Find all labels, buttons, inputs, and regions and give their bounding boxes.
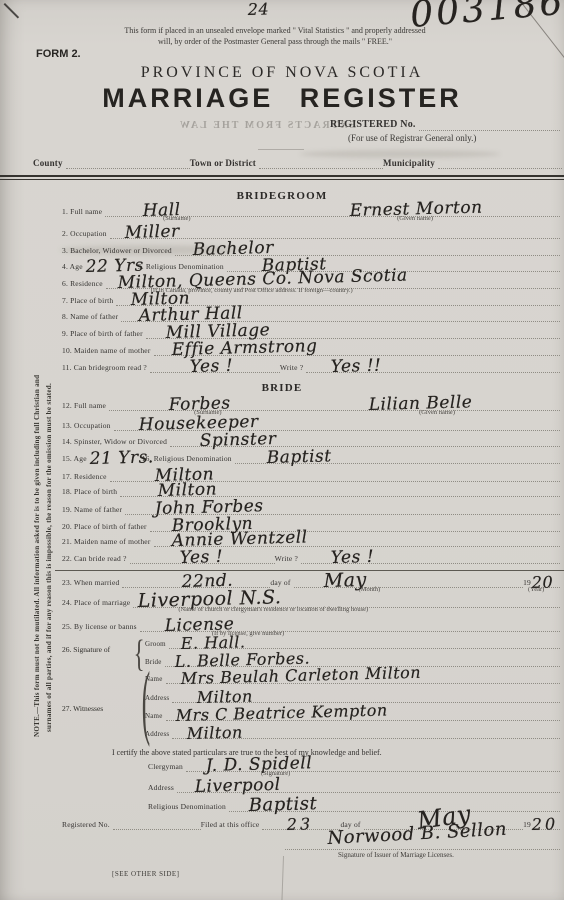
bride-heading: BRIDE: [0, 382, 564, 394]
handwritten-occupation: Miller: [124, 224, 179, 242]
occupation-label: 2. Occupation: [62, 229, 110, 239]
handwritten-witness2-address: Milton: [187, 725, 243, 742]
place-of-marriage-row: 24. Place of marriage Liverpool N.S. (Na…: [62, 594, 560, 608]
birthplace-entry-line: Milton: [116, 291, 560, 306]
age-label: 15. Age: [62, 454, 90, 464]
handwritten-witness2-name: Mrs C Beatrice Kempton: [175, 702, 387, 724]
registrar-only-note: (For use of Registrar General only.): [348, 133, 476, 143]
witness2-address-line: Milton: [172, 724, 560, 739]
handwritten-page-number: 24: [248, 1, 270, 18]
father-birthplace-label: 20. Place of birth of father: [62, 522, 150, 532]
place-of-marriage-caption: (Name of church or clergyman's residence…: [178, 606, 368, 613]
father-label: 19. Name of father: [62, 505, 125, 515]
groom-label: Groom: [145, 640, 169, 649]
witnesses-label: 27. Witnesses: [62, 704, 103, 713]
handwritten-age: 21 Yrs.: [89, 449, 153, 468]
bride-occupation-row: 13. Occupation Housekeeper: [62, 417, 560, 431]
municipality-label: Municipality: [383, 158, 438, 169]
registered-no-row: REGISTERED No.: [330, 117, 560, 131]
handwritten-mother-name: Effie Armstrong: [171, 338, 317, 359]
handwritten-can-read: Yes !: [179, 549, 223, 567]
residence-entry-line: Milton, Queens Co. Nova Scotia (If in Ca…: [106, 274, 560, 289]
can-read-label: 11. Can bridegroom read ?: [62, 363, 150, 373]
clergyman-denomination-line: Baptist: [229, 797, 560, 812]
can-read-entry-line: Yes !: [150, 358, 280, 373]
handwritten-filed-year: 20: [532, 816, 559, 833]
clergyman-denomination-row: Religious Denomination Baptist: [148, 798, 560, 812]
bride-read-write-row: 22. Can bride read ? Yes ! Write ? Yes !: [62, 550, 560, 564]
see-other-side-note: [SEE OTHER SIDE]: [112, 870, 180, 878]
registered-no-label: REGISTERED No.: [330, 119, 419, 131]
county-row: County Town or District Municipality: [33, 155, 562, 169]
handwritten-witness1-name: Mrs Beulah Carleton Milton: [180, 665, 421, 687]
place-of-marriage-entry-line: Liverpool N.S. (Name of church or clergy…: [133, 593, 560, 608]
registered-no-entry-line: [419, 116, 560, 131]
birthplace-entry-line: Milton: [120, 482, 560, 497]
fullname-entry-line: Hall Ernest Morton (Surname) (Given name…: [105, 202, 560, 217]
clergyman-label: Clergyman: [148, 762, 186, 772]
handwritten-clergyman-denomination: Baptist: [248, 795, 317, 815]
document-title: MARRIAGE REGISTER: [0, 83, 564, 114]
witness-name-label: Name: [145, 712, 166, 721]
handwritten-clergyman-address: Liverpool: [195, 777, 281, 796]
status-entry-line: Spinster: [170, 432, 560, 447]
witness2-name-row: Name Mrs C Beatrice Kempton: [145, 707, 560, 721]
clergyman-address-row: Address Liverpool: [148, 779, 560, 793]
signature-of-label: 26. Signature of: [62, 645, 110, 654]
clergyman-denomination-label: Religious Denomination: [148, 802, 229, 812]
father-label: 8. Name of father: [62, 312, 121, 322]
mother-entry-line: Effie Armstrong: [154, 341, 560, 356]
license-entry-line: License (If by license, give number): [140, 617, 560, 632]
witness-address-label: Address: [145, 694, 172, 703]
witness1-name-row: Name Mrs Beulah Carleton Milton: [145, 670, 560, 684]
bride-father-birthplace-row: 20. Place of birth of father Brooklyn: [62, 518, 560, 532]
can-read-entry-line: Yes !: [130, 549, 275, 564]
can-write-label: Write ?: [275, 554, 301, 564]
day-entry-line: 22nd.: [122, 573, 270, 588]
province-heading: PROVINCE OF NOVA SCOTIA: [0, 64, 564, 82]
bride-residence-row: 17. Residence Milton: [62, 468, 560, 482]
can-write-entry-line: Yes !: [301, 549, 560, 564]
when-married-label: 23. When married: [62, 578, 122, 588]
county-label: County: [33, 158, 66, 169]
mother-label: 10. Maiden name of mother: [62, 346, 154, 356]
bride-status-row: 14. Spinster, Widow or Divorced Spinster: [62, 433, 560, 447]
mother-entry-line: Annie Wentzell: [154, 532, 560, 547]
groom-signature-row: Groom E. Hall.: [145, 635, 560, 649]
form-number: FORM 2.: [36, 48, 81, 60]
town-label: Town or District: [190, 158, 259, 169]
registered-no-bottom-line: [113, 815, 201, 830]
bridegroom-mother-row: 10. Maiden name of mother Effie Armstron…: [62, 342, 560, 356]
occupation-entry-line: Housekeeper: [114, 416, 560, 431]
clergyman-address-line: Liverpool: [177, 778, 560, 793]
year-caption: (Year): [528, 586, 544, 593]
bridegroom-read-write-row: 11. Can bridegroom read ? Yes ! Write ? …: [62, 359, 560, 373]
handwritten-filed-day: 23: [287, 816, 314, 833]
fullname-entry-line: Forbes Lilian Belle (Surname) (Given nam…: [109, 396, 560, 411]
section-rule: [55, 570, 564, 571]
father-entry-line: John Forbes: [125, 500, 560, 515]
age-entry: 22 Yrs: [86, 258, 138, 272]
bridegroom-occupation-row: 2. Occupation Miller: [62, 225, 560, 239]
witness-name-label: Name: [145, 675, 166, 684]
issuer-signature-caption: Signature of Issuer of Marriage Licenses…: [338, 851, 454, 859]
birthplace-label: 7. Place of birth: [62, 296, 116, 306]
month-caption: (Month): [359, 586, 381, 593]
witness2-address-row: Address Milton: [145, 725, 560, 739]
handwritten-status: Spinster: [200, 431, 277, 450]
bridegroom-fullname-row: 1. Full name Hall Ernest Morton (Surname…: [62, 203, 560, 217]
birthplace-label: 18. Place of birth: [62, 487, 120, 497]
handwritten-groom-signature: E. Hall.: [180, 634, 245, 652]
filed-year-line: 20: [534, 815, 560, 830]
show-through-rule: [258, 149, 304, 150]
paper-mark-top-left: [4, 3, 20, 19]
father-birthplace-label: 9. Place of birth of father: [62, 329, 146, 339]
bridegroom-father-row: 8. Name of father Arthur Hall: [62, 308, 560, 322]
status-label: 3. Bachelor, Widower or Divorced: [62, 246, 175, 256]
witness-address-label: Address: [145, 730, 172, 739]
residence-label: 6. Residence: [62, 279, 106, 289]
status-label: 14. Spinster, Widow or Divorced: [62, 437, 170, 447]
municipality-entry-line: [438, 154, 562, 169]
residence-label: 17. Residence: [62, 472, 110, 482]
mailing-notice-line2: will, by order of the Postmaster General…: [40, 37, 510, 46]
can-read-label: 22. Can bride read ?: [62, 554, 130, 564]
handwritten-can-read: Yes !: [189, 358, 233, 376]
mailing-notice-line1: This form if placed in an unsealed envel…: [40, 26, 510, 35]
clergyman-signature-line: J. D. Spidell (Signature): [186, 757, 560, 772]
handwritten-can-write: Yes !!: [331, 358, 382, 376]
filed-label: Filed at this office: [201, 820, 263, 830]
mother-label: 21. Maiden name of mother: [62, 537, 154, 547]
handwritten-clergyman-signature: J. D. Spidell: [206, 755, 313, 775]
can-write-label: Write ?: [280, 363, 306, 373]
margin-note-line2: surnames of all parties, and if for any …: [45, 300, 53, 732]
place-of-marriage-label: 24. Place of marriage: [62, 598, 133, 608]
registered-no-bottom-label: Registered No.: [62, 820, 113, 830]
double-rule: [0, 175, 564, 180]
handwritten-denomination: Baptist: [266, 448, 331, 467]
month-entry-line: May (Month): [294, 573, 524, 588]
margin-note-line1: NOTE.—This form must not be mutilated. A…: [33, 292, 41, 737]
witness2-name-line: Mrs C Beatrice Kempton: [166, 706, 560, 721]
occupation-label: 13. Occupation: [62, 421, 114, 431]
license-label: 25. By license or banns: [62, 622, 140, 632]
paper-crease-bottom: [281, 856, 284, 900]
father-entry-line: Arthur Hall: [121, 307, 560, 322]
bridegroom-residence-row: 6. Residence Milton, Queens Co. Nova Sco…: [62, 275, 560, 289]
clergyman-address-label: Address: [148, 783, 177, 793]
when-married-row: 23. When married 22nd. day of May (Month…: [62, 574, 560, 588]
status-entry-line: Bachelor: [175, 241, 560, 256]
handwritten-can-write: Yes !: [331, 549, 375, 567]
bridegroom-birthplace-row: 7. Place of birth Milton: [62, 292, 560, 306]
bride-birthplace-row: 18. Place of birth Milton: [62, 483, 560, 497]
fullname-label: 1. Full name: [62, 207, 105, 217]
town-entry-line: [259, 154, 383, 169]
fullname-label: 12. Full name: [62, 401, 109, 411]
age-entry: 21 Yrs.: [90, 450, 142, 464]
given-name-caption: (Given name): [419, 409, 455, 416]
license-row: 25. By license or banns License (If by l…: [62, 618, 560, 632]
can-write-entry-line: Yes !!: [306, 358, 560, 373]
bride-age-denomination-row: 15. Age 21 Yrs. 16. Religious Denominati…: [62, 450, 560, 464]
marriage-register-document: 24 003186 This form if placed in an unse…: [0, 0, 564, 900]
bride-father-row: 19. Name of father John Forbes: [62, 501, 560, 515]
occupation-entry-line: Miller: [110, 224, 560, 239]
issuer-signature-line: [285, 849, 560, 850]
witness1-name-line: Mrs Beulah Carleton Milton: [166, 669, 560, 684]
denomination-entry-line: Baptist: [235, 449, 560, 464]
denomination-label: 16. Religious Denomination: [142, 454, 235, 464]
father-birthplace-entry-line: Mill Village: [146, 324, 560, 339]
clergyman-row: Clergyman J. D. Spidell (Signature): [148, 758, 560, 772]
year-entry-line: 20 (Year): [534, 573, 560, 588]
age-label: 4. Age: [62, 262, 86, 272]
given-name-caption: (Given name): [397, 215, 433, 222]
bride-mother-row: 21. Maiden name of mother Annie Wentzell: [62, 533, 560, 547]
county-entry-line: [66, 154, 190, 169]
groom-signature-line: E. Hall.: [169, 634, 560, 649]
bride-fullname-row: 12. Full name Forbes Lilian Belle (Surna…: [62, 397, 560, 411]
